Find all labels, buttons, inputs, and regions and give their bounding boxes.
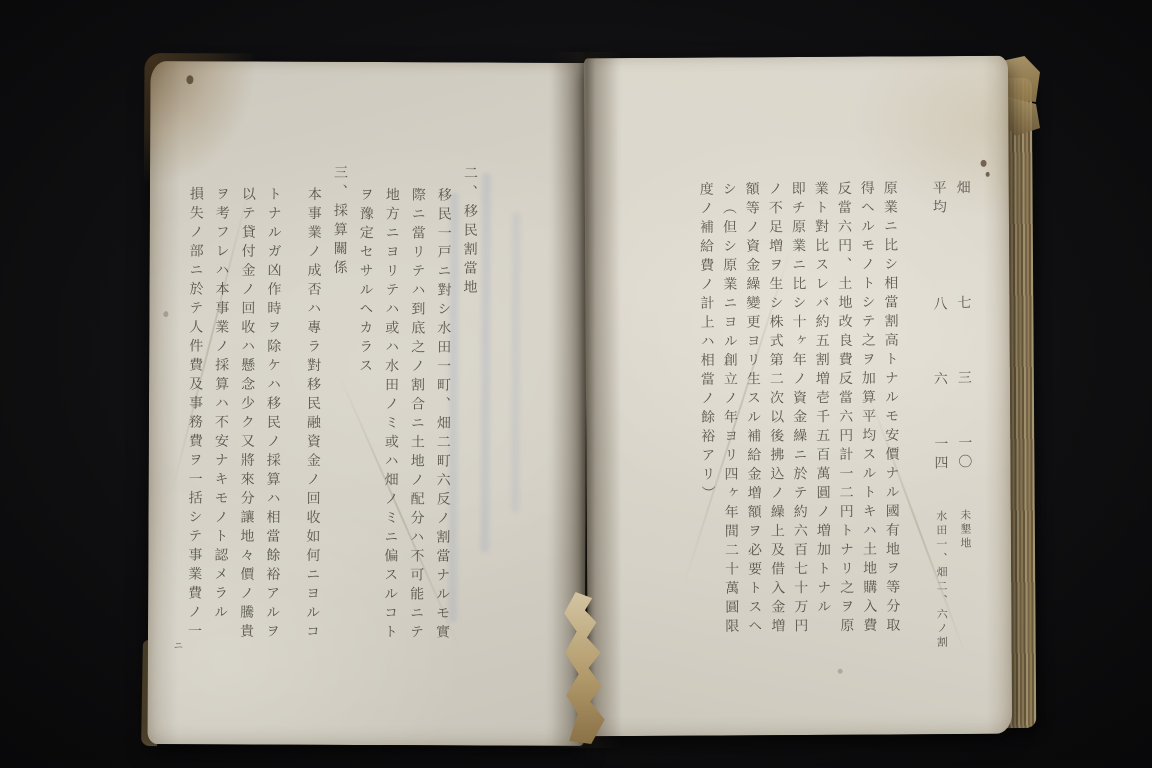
table-column-average: 平均八六一四水田一、畑二、六ノ割 <box>927 180 954 740</box>
text-column: 際ニ當リテハ到底之ノ割合ニ土地ノ配分ハ不可能ニテ <box>402 165 431 753</box>
paper-speck <box>186 75 193 84</box>
text-column: 額等ノ資金繰變更ヨリ生スル補給金増額ヲ必要トスヘ <box>740 181 766 741</box>
text-column: 本事業ノ成否ハ專ラ對移民融資金ノ回收如何ニヨルコ <box>298 165 327 753</box>
table-note: 未墾地 <box>959 509 972 551</box>
text-column: 業ト對比スレバ約五割増壱千五百萬圓ノ増加トナル <box>809 181 835 741</box>
text-column: 原業ニ比シ相當割高トナルモ安價ナル國有地ヲ等分取 <box>878 180 904 740</box>
table-label: 畑 <box>955 180 971 199</box>
table-value: 六 <box>932 371 948 390</box>
left-page-text: 二、移民割當地 移民一戸ニ對シ水田一町、畑二町六反ノ割當ナルモ實 際ニ當リテハ到… <box>181 164 483 731</box>
text-column: 得ヘルモノトシテ之ヲ加算平均スルトキハ土地購入費 <box>855 181 881 741</box>
photo-background: 二、移民割當地 移民一戸ニ對シ水田一町、畑二町六反ノ割當ナルモ實 際ニ當リテハ到… <box>0 0 1152 768</box>
ink-bleed-ghost <box>511 213 521 513</box>
text-column: ヲ考フレハ本事業ノ採算ハ不安ナキモノト認メラル <box>206 164 235 752</box>
right-page: 畑七三一〇未墾地 平均八六一四水田一、畑二、六ノ割 原業ニ比シ相當割高トナルモ安… <box>584 56 1012 737</box>
text-column: ヲ豫定セサルヘカラス <box>350 165 379 753</box>
text-column: 反當六円、土地改良費反當六円計一二円トナリ之ヲ原 <box>832 181 858 741</box>
paper-speck <box>986 172 990 177</box>
table-column-field: 畑七三一〇未墾地 <box>951 180 978 740</box>
text-column: ノ不足増ヲ生シ株式第二次以後拂込ノ繰上及借入金増 <box>763 181 789 741</box>
text-column: 度ノ補給費ノ計上ハ相當ノ餘裕アリ） <box>694 181 720 741</box>
margin-note: ニ <box>169 640 184 650</box>
table-value: 一〇 <box>956 435 972 473</box>
text-column: 移民一戸ニ對シ水田一町、畑二町六反ノ割當ナルモ實 <box>428 165 457 753</box>
text-column: シ（但シ原業ニヨル創立ノ年ヨリ四ヶ年間二十萬圓限 <box>717 181 743 741</box>
table-value: 七 <box>955 295 971 314</box>
left-page: 二、移民割當地 移民一戸ニ對シ水田一町、畑二町六反ノ割當ナルモ實 際ニ當リテハ到… <box>148 61 588 746</box>
table-note: 水田一、畑二、六ノ割 <box>935 510 949 650</box>
table-value: 八 <box>931 296 947 315</box>
section-heading: 二、移民割當地 <box>455 165 483 731</box>
section-heading: 三、採算關係 <box>325 165 353 731</box>
table-value: 三 <box>956 370 972 389</box>
text-column: トナルガ凶作時ヲ除ケハ移民ノ採算ハ相當餘裕アルヲ <box>258 165 287 753</box>
text-column: 損失ノ部ニ於テ人件費及事務費ヲ一括シテ事業費ノ一 <box>180 164 209 752</box>
text-column: 以テ貸付金ノ回收ハ懸念少ク又將來分讓地々價ノ騰貴 <box>232 164 261 752</box>
text-column: 即チ原業ニ比シ十ヶ年ノ資金繰ニ於テ約六百七十万円 <box>786 181 812 741</box>
table-label: 平均 <box>931 180 947 218</box>
right-page-text: 畑七三一〇未墾地 平均八六一四水田一、畑二、六ノ割 原業ニ比シ相當割高トナルモ安… <box>694 180 978 742</box>
table-value: 一四 <box>932 436 948 474</box>
paper-speck <box>163 311 168 317</box>
paper-speck <box>981 160 987 167</box>
text-column: 地方ニヨリテハ或ハ水田ノミ或ハ畑ノミニ偏スルコト <box>376 165 405 753</box>
